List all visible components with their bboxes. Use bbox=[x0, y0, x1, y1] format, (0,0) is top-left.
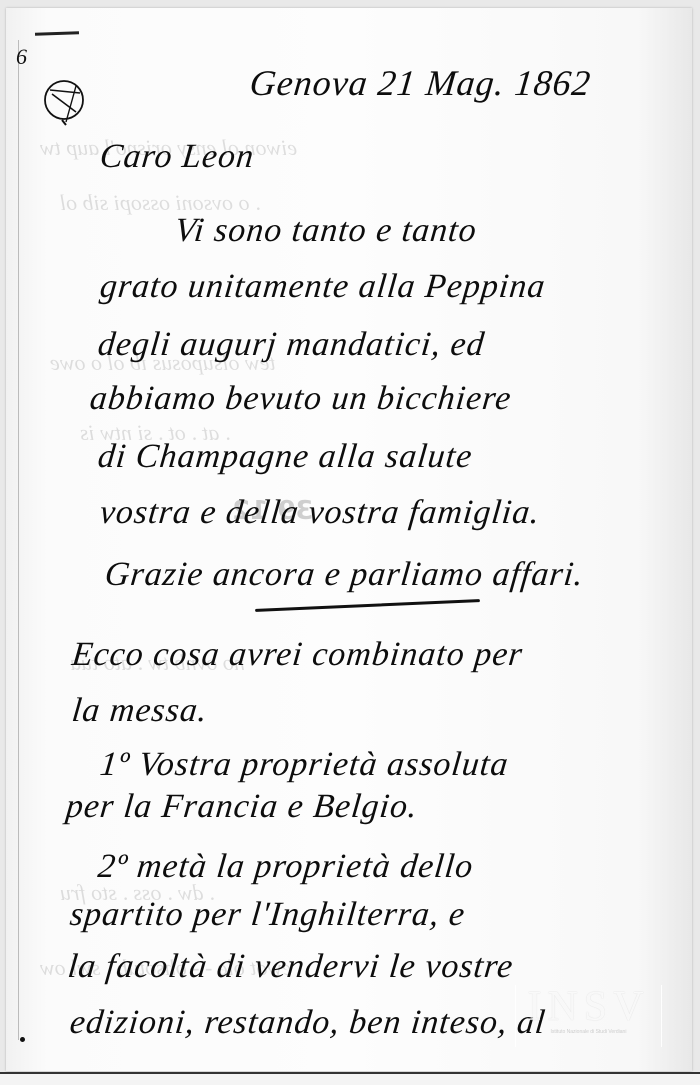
letter-line: spartito per l'Inghilterra, e bbox=[68, 896, 467, 934]
letter-line: la messa. bbox=[70, 692, 210, 730]
margin-dot bbox=[20, 1037, 25, 1042]
letter-line: 1º Vostra proprietà assoluta bbox=[98, 746, 510, 784]
watermark-subtitle: Istituto Nazionale di Studi Verdiani bbox=[516, 1029, 661, 1036]
page-bottom-edge bbox=[0, 1072, 700, 1085]
letter-line: Vi sono tanto e tanto bbox=[173, 212, 479, 250]
letter-line: di Champagne alla salute bbox=[96, 438, 474, 476]
page-number: 6 bbox=[16, 44, 27, 70]
letter-line: edizioni, restando, ben inteso, al bbox=[68, 1004, 548, 1042]
watermark-title: INSV bbox=[516, 985, 661, 1029]
letter-line: abbiamo bevuto un bicchiere bbox=[88, 380, 513, 418]
letter-line: per la Francia e Belgio. bbox=[64, 788, 420, 826]
letter-line: la facoltà di vendervi le vostre bbox=[66, 948, 515, 986]
circular-stamp-icon bbox=[40, 76, 90, 126]
letter-line: 2º metà la proprietà dello bbox=[96, 848, 475, 886]
letter-line: vostra e della vostra famiglia. bbox=[98, 494, 542, 532]
letter-line: grato unitamente alla Peppina bbox=[98, 268, 547, 306]
margin-rule bbox=[18, 40, 19, 1040]
archive-watermark: INSV Istituto Nazionale di Studi Verdian… bbox=[515, 985, 662, 1047]
letter-line: Ecco cosa avrei combinato per bbox=[70, 636, 525, 674]
letter-line: degli augurj mandatici, ed bbox=[96, 326, 487, 364]
letter-line: Grazie ancora e parliamo affari. bbox=[103, 556, 586, 594]
date-line: Genova 21 Mag. 1862 bbox=[248, 62, 593, 104]
salutation: Caro Leon bbox=[98, 138, 256, 176]
